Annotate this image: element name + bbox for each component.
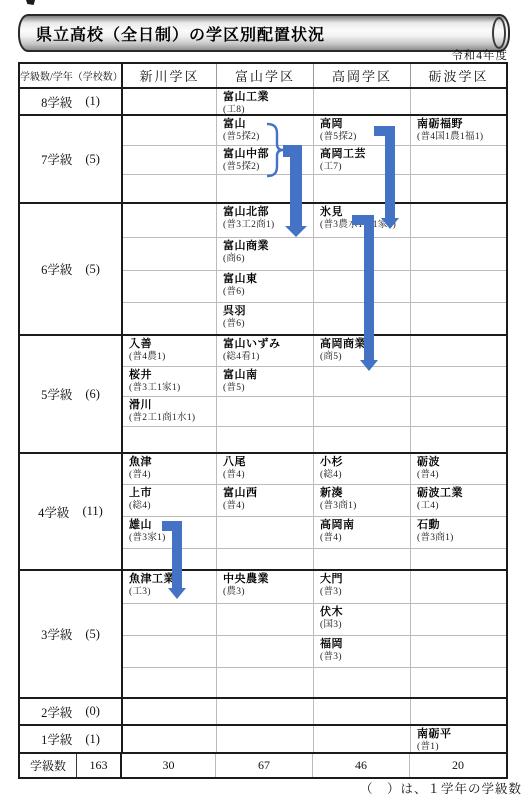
school-name: 富山いずみ — [223, 338, 313, 351]
section-8-gakkyu: 8学級(1)富山工業(工8) — [20, 87, 506, 114]
school-name: 石動 — [417, 519, 506, 532]
empty-cell — [410, 367, 506, 396]
section-4-gakkyu: 4学級(11)魚津(普4)八尾(普4)小杉(総4)砺波(普4)上市(総4)富山西… — [20, 452, 506, 569]
school-cell: 高岡商業(商5) — [313, 336, 410, 366]
school-name: 高岡工芸 — [320, 148, 410, 161]
school-count: (5) — [85, 152, 100, 167]
table-row: 滑川(普2工1商1水1) — [123, 396, 506, 426]
section-3-gakkyu: 3学級(5)魚津工業(工3)中央農業(農3)大門(普3)伏木(国3)福岡(普3) — [20, 569, 506, 697]
empty-cell — [216, 175, 313, 202]
empty-cell — [313, 271, 410, 302]
school-cell: 雄山(普3家1) — [123, 517, 216, 548]
empty-cell — [410, 397, 506, 426]
header-district-tonami: 砺波学区 — [410, 64, 506, 87]
table-totals-row: 学級数 163 30 67 46 20 — [20, 752, 506, 777]
total-toyama: 67 — [215, 754, 312, 777]
school-name: 富山中部 — [223, 148, 313, 161]
row-label: 6学級(5) — [20, 204, 123, 334]
empty-cell — [123, 726, 216, 752]
empty-cell — [216, 604, 313, 635]
school-detail: (普3農水1商1家1) — [320, 220, 410, 230]
school-detail: (普4) — [129, 470, 216, 480]
empty-cell — [216, 517, 313, 548]
empty-cell — [123, 238, 216, 270]
school-name: 八尾 — [223, 456, 313, 469]
school-detail: (普3家1) — [129, 533, 216, 543]
school-detail: (普3) — [320, 587, 410, 597]
school-name: 中央農業 — [223, 573, 313, 586]
empty-cell — [313, 699, 410, 724]
empty-cell — [216, 726, 313, 752]
school-detail: (普6) — [223, 319, 313, 329]
table-row — [123, 667, 506, 697]
school-cell: 富山南(普5) — [216, 367, 313, 396]
empty-cell — [410, 204, 506, 237]
school-name: 雄山 — [129, 519, 216, 532]
school-cell: 富山工業(工8) — [216, 89, 313, 114]
school-detail: (国3) — [320, 620, 410, 630]
school-name: 魚津工業 — [129, 573, 216, 586]
school-detail: (普4) — [223, 501, 313, 511]
empty-cell — [313, 238, 410, 270]
school-cell: 石動(普3商1) — [410, 517, 506, 548]
empty-cell — [410, 89, 506, 114]
table-row: 入善(普4農1)富山いずみ(総4看1)高岡商業(商5) — [123, 336, 506, 366]
footer-note: （ ）は、１学年の学級数 — [360, 779, 522, 797]
empty-cell — [313, 549, 410, 569]
school-name: 氷見 — [320, 206, 410, 219]
table-row: 福岡(普3) — [123, 635, 506, 667]
header-district-takaoka: 高岡学区 — [313, 64, 410, 87]
school-name: 上市 — [129, 487, 216, 500]
school-name: 高岡 — [320, 118, 410, 131]
section-1-gakkyu: 1学級(1)南砺平(普1) — [20, 724, 506, 752]
empty-cell — [410, 427, 506, 452]
empty-cell — [216, 636, 313, 667]
row-label: 2学級(0) — [20, 699, 123, 724]
table-row: 桜井(普3工1家1)富山南(普5) — [123, 366, 506, 396]
school-cell: 砺波(普4) — [410, 454, 506, 484]
school-name: 高岡南 — [320, 519, 410, 532]
empty-cell — [123, 549, 216, 569]
school-count: (1) — [85, 732, 100, 747]
school-cell: 入善(普4農1) — [123, 336, 216, 366]
school-detail: (商5) — [320, 352, 410, 362]
empty-cell — [410, 571, 506, 603]
empty-cell — [123, 303, 216, 334]
school-cell: 大門(普3) — [313, 571, 410, 603]
school-detail: (総4) — [320, 470, 410, 480]
empty-cell — [216, 397, 313, 426]
empty-cell — [123, 116, 216, 145]
table-row: 呉羽(普6) — [123, 302, 506, 334]
school-name: 富山 — [223, 118, 313, 131]
empty-cell — [313, 303, 410, 334]
school-count: (0) — [85, 704, 100, 719]
row-label: 1学級(1) — [20, 726, 123, 752]
school-name: 南砺福野 — [417, 118, 506, 131]
school-name: 呉羽 — [223, 305, 313, 318]
school-name: 砺波 — [417, 456, 506, 469]
title-banner: 県立高校（全日制）の学区別配置状況 — [18, 14, 510, 52]
school-name: 入善 — [129, 338, 216, 351]
empty-cell — [313, 427, 410, 452]
school-cell: 富山(普5探2) — [216, 116, 313, 145]
header-district-toyama: 富山学区 — [216, 64, 313, 87]
table-row: 伏木(国3) — [123, 603, 506, 635]
total-tonami: 20 — [409, 754, 506, 777]
school-cell: 小杉(総4) — [313, 454, 410, 484]
school-cell: 魚津(普4) — [123, 454, 216, 484]
school-detail: (普4) — [417, 470, 506, 480]
empty-cell — [410, 668, 506, 697]
school-name: 滑川 — [129, 399, 216, 412]
school-cell: 富山商業(商6) — [216, 238, 313, 270]
school-cell: 南砺平(普1) — [410, 726, 506, 752]
header-class-count: 学級数/学年（学校数） — [20, 64, 123, 87]
table-row — [123, 174, 506, 202]
school-name: 桜井 — [129, 369, 216, 382]
school-detail: (総4) — [129, 501, 216, 511]
school-cell: 富山いずみ(総4看1) — [216, 336, 313, 366]
empty-cell — [123, 89, 216, 114]
school-detail: (普3商1) — [320, 501, 410, 511]
totals-label: 学級数 — [20, 754, 77, 777]
school-name: 富山商業 — [223, 240, 313, 253]
table-row: 魚津(普4)八尾(普4)小杉(総4)砺波(普4) — [123, 454, 506, 484]
school-cell: 滑川(普2工1商1水1) — [123, 397, 216, 426]
empty-cell — [410, 336, 506, 366]
class-size-label: 4学級 — [38, 503, 69, 521]
school-name: 南砺平 — [417, 728, 506, 741]
empty-cell — [313, 668, 410, 697]
school-count: (5) — [85, 627, 100, 642]
school-cell: 富山東(普6) — [216, 271, 313, 302]
table-header-row: 学級数/学年（学校数） 新川学区 富山学区 高岡学区 砺波学区 — [20, 64, 506, 87]
empty-cell — [410, 175, 506, 202]
empty-cell — [216, 668, 313, 697]
school-detail: (普3) — [320, 652, 410, 662]
fiscal-year-label: 令和4年度 — [451, 47, 508, 63]
school-count: (1) — [85, 94, 100, 109]
empty-cell — [410, 146, 506, 174]
school-name: 富山南 — [223, 369, 313, 382]
school-name: 伏木 — [320, 606, 410, 619]
row-label: 5学級(6) — [20, 336, 123, 452]
class-size-label: 1学級 — [41, 730, 72, 748]
row-label: 8学級(1) — [20, 89, 123, 114]
school-detail: (商6) — [223, 254, 313, 264]
total-takaoka: 46 — [312, 754, 409, 777]
table-row — [123, 548, 506, 569]
school-cell: 砺波工業(工4) — [410, 485, 506, 516]
empty-cell — [313, 89, 410, 114]
table-row: 上市(総4)富山西(普4)新湊(普3商1)砺波工業(工4) — [123, 484, 506, 516]
school-cell: 富山中部(普5探2) — [216, 146, 313, 174]
school-detail: (総4看1) — [223, 352, 313, 362]
school-detail: (普4国1農1福1) — [417, 132, 506, 142]
empty-cell — [123, 636, 216, 667]
school-detail: (工3) — [129, 587, 216, 597]
empty-cell — [410, 549, 506, 569]
empty-cell — [410, 604, 506, 635]
school-cell: 南砺福野(普4国1農1福1) — [410, 116, 506, 145]
empty-cell — [216, 549, 313, 569]
class-size-label: 5学級 — [41, 385, 72, 403]
school-detail: (普4) — [320, 533, 410, 543]
school-cell: 中央農業(農3) — [216, 571, 313, 603]
empty-cell — [410, 699, 506, 724]
empty-cell — [123, 604, 216, 635]
school-detail: (普3工1家1) — [129, 383, 216, 393]
table-row: 富山東(普6) — [123, 270, 506, 302]
school-count: (11) — [82, 504, 102, 519]
empty-cell — [313, 397, 410, 426]
school-detail: (農3) — [223, 587, 313, 597]
totals-grand: 163 — [77, 754, 122, 777]
school-cell: 高岡工芸(工7) — [313, 146, 410, 174]
school-cell: 富山北部(普3工2商1) — [216, 204, 313, 237]
school-cell: 新湊(普3商1) — [313, 485, 410, 516]
school-detail: (普1) — [417, 742, 506, 752]
empty-cell — [123, 668, 216, 697]
school-cell: 高岡(普5探2) — [313, 116, 410, 145]
school-name: 福岡 — [320, 638, 410, 651]
section-2-gakkyu: 2学級(0) — [20, 697, 506, 724]
class-size-label: 8学級 — [41, 93, 72, 111]
school-name: 高岡商業 — [320, 338, 410, 351]
school-name: 富山工業 — [223, 91, 313, 104]
page-title: 県立高校（全日制）の学区別配置状況 — [20, 22, 325, 45]
empty-cell — [123, 204, 216, 237]
school-cell: 氷見(普3農水1商1家1) — [313, 204, 410, 237]
row-label: 4学級(11) — [20, 454, 123, 569]
school-count: (6) — [85, 387, 100, 402]
empty-cell — [123, 427, 216, 452]
total-niikawa: 30 — [122, 754, 215, 777]
school-cell: 呉羽(普6) — [216, 303, 313, 334]
school-cell: 高岡南(普4) — [313, 517, 410, 548]
placement-table: 学級数/学年（学校数） 新川学区 富山学区 高岡学区 砺波学区 8学級(1)富山… — [18, 62, 508, 779]
table-sections: 8学級(1)富山工業(工8)7学級(5)富山(普5探2)高岡(普5探2)南砺福野… — [20, 87, 506, 752]
empty-cell — [123, 699, 216, 724]
empty-cell — [216, 427, 313, 452]
section-6-gakkyu: 6学級(5)富山北部(普3工2商1)氷見(普3農水1商1家1)富山商業(商6)富… — [20, 202, 506, 334]
school-detail: (工4) — [417, 501, 506, 511]
table-row: 富山(普5探2)高岡(普5探2)南砺福野(普4国1農1福1) — [123, 116, 506, 145]
empty-cell — [313, 175, 410, 202]
class-size-label: 6学級 — [41, 260, 72, 278]
school-detail: (普3商1) — [417, 533, 506, 543]
scan-artifact — [26, 0, 35, 5]
empty-cell — [410, 271, 506, 302]
school-detail: (普5探2) — [223, 132, 313, 142]
empty-cell — [313, 367, 410, 396]
school-name: 新湊 — [320, 487, 410, 500]
class-size-label: 3学級 — [41, 625, 72, 643]
school-cell: 福岡(普3) — [313, 636, 410, 667]
header-district-niikawa: 新川学区 — [123, 64, 216, 87]
school-name: 大門 — [320, 573, 410, 586]
row-label: 3学級(5) — [20, 571, 123, 697]
empty-cell — [313, 726, 410, 752]
section-7-gakkyu: 7学級(5)富山(普5探2)高岡(普5探2)南砺福野(普4国1農1福1)富山中部… — [20, 114, 506, 202]
cylinder-cap-shape — [492, 17, 506, 49]
school-detail: (普2工1商1水1) — [129, 413, 216, 423]
school-name: 砺波工業 — [417, 487, 506, 500]
school-detail: (普4) — [223, 470, 313, 480]
school-detail: (普4農1) — [129, 352, 216, 362]
school-detail: (工8) — [223, 105, 313, 114]
table-row — [123, 699, 506, 724]
table-row: 富山工業(工8) — [123, 89, 506, 114]
school-detail: (普6) — [223, 287, 313, 297]
school-name: 富山西 — [223, 487, 313, 500]
school-cell: 八尾(普4) — [216, 454, 313, 484]
empty-cell — [410, 303, 506, 334]
school-cell: 魚津工業(工3) — [123, 571, 216, 603]
table-row: 富山北部(普3工2商1)氷見(普3農水1商1家1) — [123, 204, 506, 237]
empty-cell — [216, 699, 313, 724]
table-row: 雄山(普3家1)高岡南(普4)石動(普3商1) — [123, 516, 506, 548]
school-cell: 桜井(普3工1家1) — [123, 367, 216, 396]
school-name: 小杉 — [320, 456, 410, 469]
empty-cell — [123, 175, 216, 202]
section-5-gakkyu: 5学級(6)入善(普4農1)富山いずみ(総4看1)高岡商業(商5)桜井(普3工1… — [20, 334, 506, 452]
school-detail: (普5探2) — [223, 162, 313, 172]
school-name: 富山東 — [223, 273, 313, 286]
school-detail: (普3工2商1) — [223, 220, 313, 230]
school-cell: 富山西(普4) — [216, 485, 313, 516]
empty-cell — [123, 271, 216, 302]
school-detail: (普5探2) — [320, 132, 410, 142]
table-row: 南砺平(普1) — [123, 726, 506, 752]
class-size-label: 7学級 — [41, 150, 72, 168]
school-detail: (工7) — [320, 162, 410, 172]
table-row: 魚津工業(工3)中央農業(農3)大門(普3) — [123, 571, 506, 603]
school-cell: 上市(総4) — [123, 485, 216, 516]
school-cell: 伏木(国3) — [313, 604, 410, 635]
school-count: (5) — [85, 262, 100, 277]
empty-cell — [410, 636, 506, 667]
school-name: 富山北部 — [223, 206, 313, 219]
empty-cell — [123, 146, 216, 174]
empty-cell — [410, 238, 506, 270]
row-label: 7学級(5) — [20, 116, 123, 202]
table-row: 富山商業(商6) — [123, 237, 506, 270]
school-detail: (普5) — [223, 383, 313, 393]
table-row — [123, 426, 506, 452]
class-size-label: 2学級 — [41, 703, 72, 721]
table-row: 富山中部(普5探2)高岡工芸(工7) — [123, 145, 506, 174]
school-name: 魚津 — [129, 456, 216, 469]
